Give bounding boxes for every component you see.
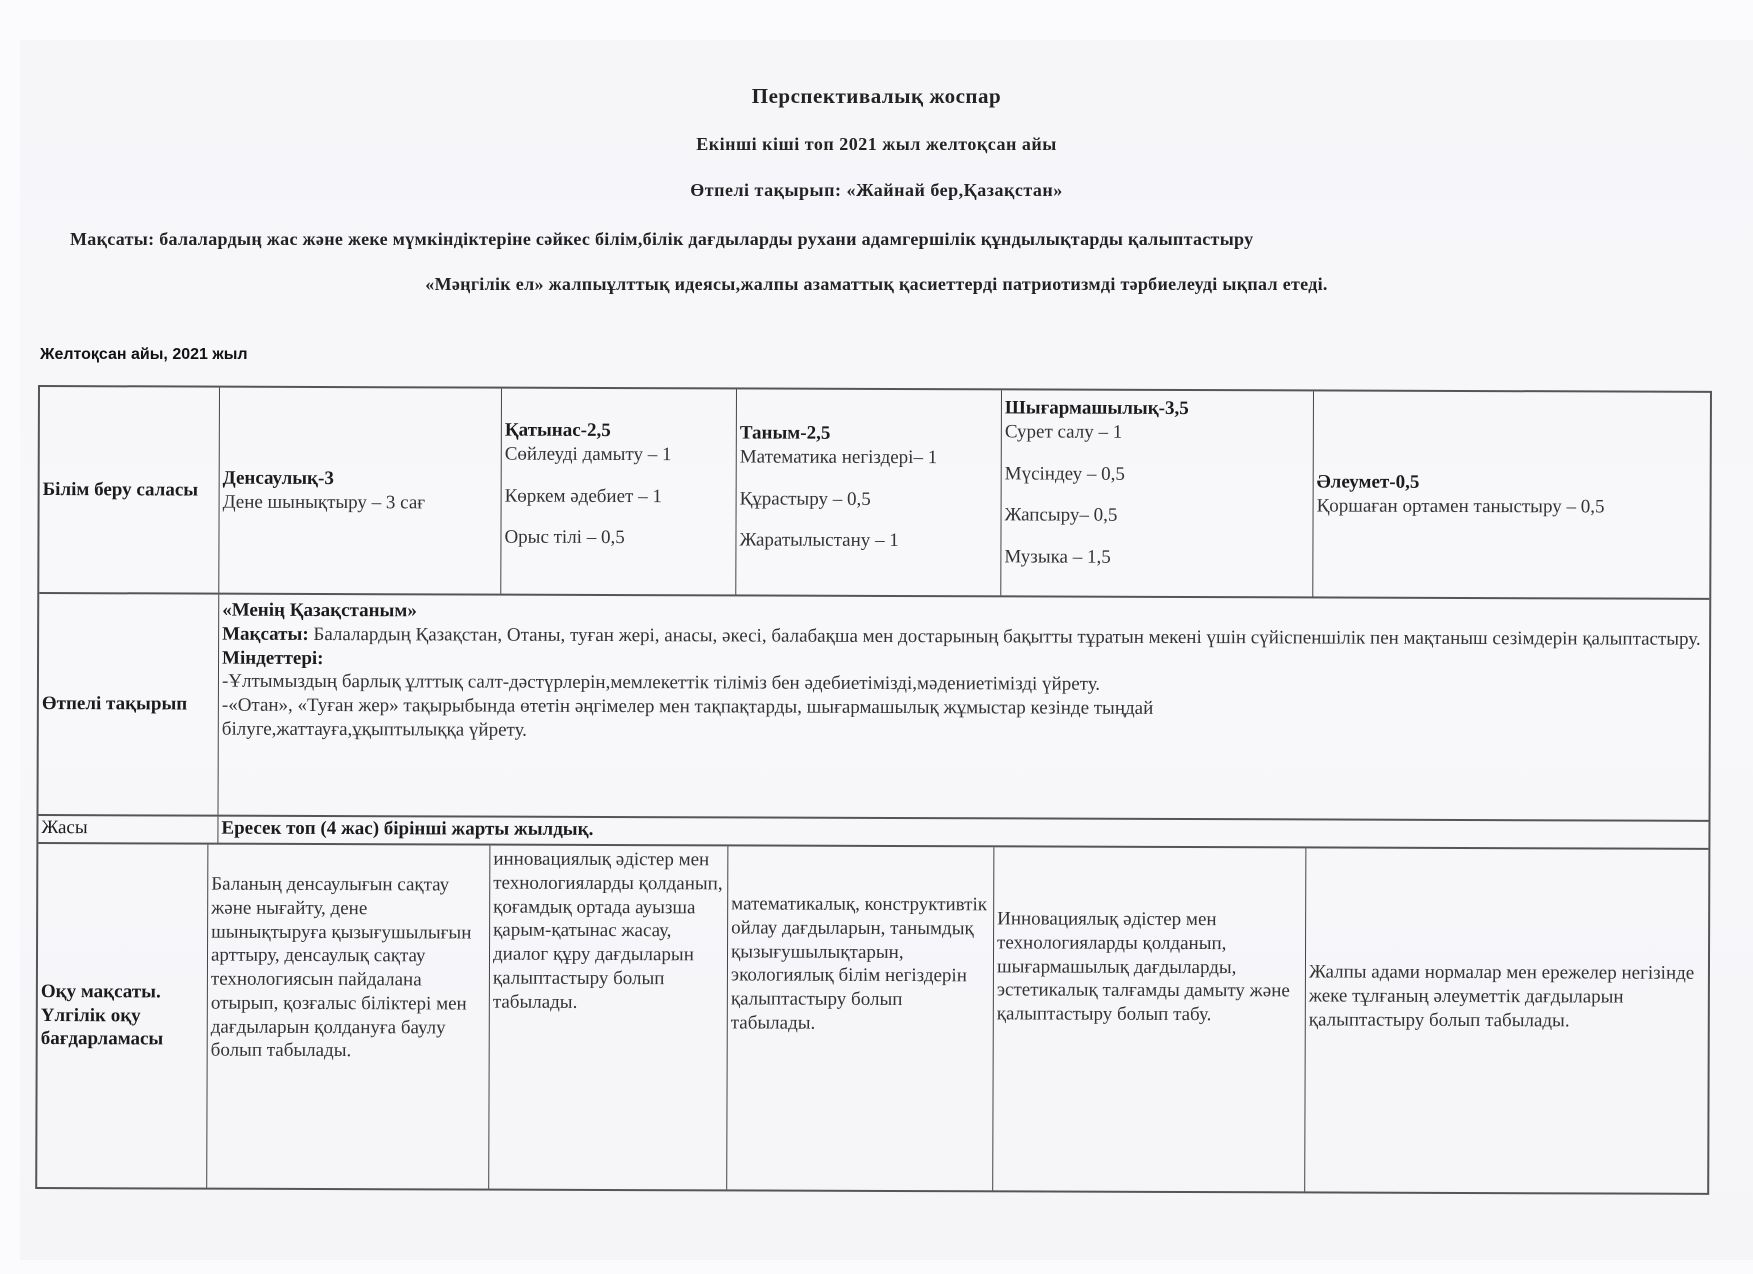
- area-heading: Денсаулық-3: [223, 466, 498, 491]
- area-cognition: Таным-2,5 Математика негіздері– 1 Құраст…: [736, 389, 1002, 595]
- plan-table: Білім беру саласы Денсаулық-3 Дене шынық…: [35, 385, 1712, 1195]
- document-subtitle: Екінші кіші топ 2021 жыл желтоқсан айы: [0, 134, 1753, 155]
- objective-communication: инновациялық әдістер мен технологияларды…: [489, 846, 728, 1190]
- area-item: Құрастыру – 0,5: [740, 487, 998, 512]
- area-item: Музыка – 1,5: [1004, 545, 1309, 570]
- table-row-transition-theme: Өтпелі тақырып «Менің Қазақстаным» Мақса…: [38, 594, 1709, 822]
- goal-line-1: Мақсаты: балалардың жас және жеке мүмкін…: [70, 229, 1710, 250]
- row-label-transition-theme: Өтпелі тақырып: [39, 594, 220, 815]
- area-heading: Әлеумет-0,5: [1317, 470, 1707, 495]
- objective-cognition: математикалық, конструктивтік ойлау дағд…: [727, 846, 994, 1190]
- transition-theme-content: «Менің Қазақстаным» Мақсаты: Балалардың …: [219, 595, 1710, 820]
- objective-creativity: Инновациялық әдістер мен технологияларды…: [993, 847, 1306, 1191]
- area-item: Дене шынықтыру – 3 сағ: [223, 490, 498, 515]
- table-row-education-areas: Білім беру саласы Денсаулық-3 Дене шынық…: [39, 387, 1710, 600]
- area-item: Сурет салу – 1: [1005, 420, 1310, 445]
- goal-line-2: «Мәңгілік ел» жалпыұлттық идеясы,жалпы а…: [0, 274, 1753, 295]
- table-row-learning-objectives: Оқу мақсаты. Үлгілік оқу бағдарламасы Ба…: [37, 844, 1708, 1193]
- area-heading: Шығармашылық-3,5: [1005, 396, 1310, 421]
- area-item: Орыс тілі – 0,5: [504, 526, 732, 551]
- area-social: Әлеумет-0,5 Қоршаған ортамен таныстыру –…: [1313, 391, 1710, 597]
- area-item: Мүсіндеу – 0,5: [1005, 462, 1310, 487]
- area-item: Көркем әдебиет – 1: [505, 484, 733, 509]
- month-label: Желтоқсан айы, 2021 жыл: [40, 346, 248, 364]
- area-heading: Қатынас-2,5: [505, 419, 733, 444]
- age-value: Ересек топ (4 жас) бірінші жарты жылдық.: [218, 817, 1708, 848]
- area-item: Жапсыру– 0,5: [1005, 504, 1310, 529]
- area-heading: Таным-2,5: [740, 421, 998, 446]
- area-item: Сөйлеуді дамыту – 1: [505, 442, 733, 467]
- row-label-learning-objectives: Оқу мақсаты. Үлгілік оқу бағдарламасы: [37, 844, 208, 1188]
- area-creativity: Шығармашылық-3,5 Сурет салу – 1 Мүсіндеу…: [1001, 390, 1314, 596]
- objective-health: Баланың денсаулығын сақтау және нығайту,…: [207, 845, 490, 1189]
- task-item: -«Отан», «Туған жер» тақырыбында өтетін …: [222, 694, 1372, 746]
- area-communication: Қатынас-2,5 Сөйлеуді дамыту – 1 Көркем ә…: [501, 389, 737, 595]
- document-title: Перспективалық жоспар: [0, 84, 1753, 109]
- area-health: Денсаулық-3 Дене шынықтыру – 3 сағ: [219, 388, 502, 594]
- transition-theme: Өтпелі тақырып: «Жайнай бер,Қазақстан»: [0, 180, 1753, 201]
- objective-social: Жалпы адами нормалар мен ережелер негізі…: [1305, 848, 1708, 1192]
- area-item: Математика негіздері– 1: [740, 445, 998, 470]
- row-label-education-area: Білім беру саласы: [39, 387, 220, 593]
- row-label-age: Жасы: [38, 816, 218, 843]
- area-item: Жаратылыстану – 1: [739, 529, 997, 554]
- area-item: Қоршаған ортамен таныстыру – 0,5: [1317, 494, 1707, 519]
